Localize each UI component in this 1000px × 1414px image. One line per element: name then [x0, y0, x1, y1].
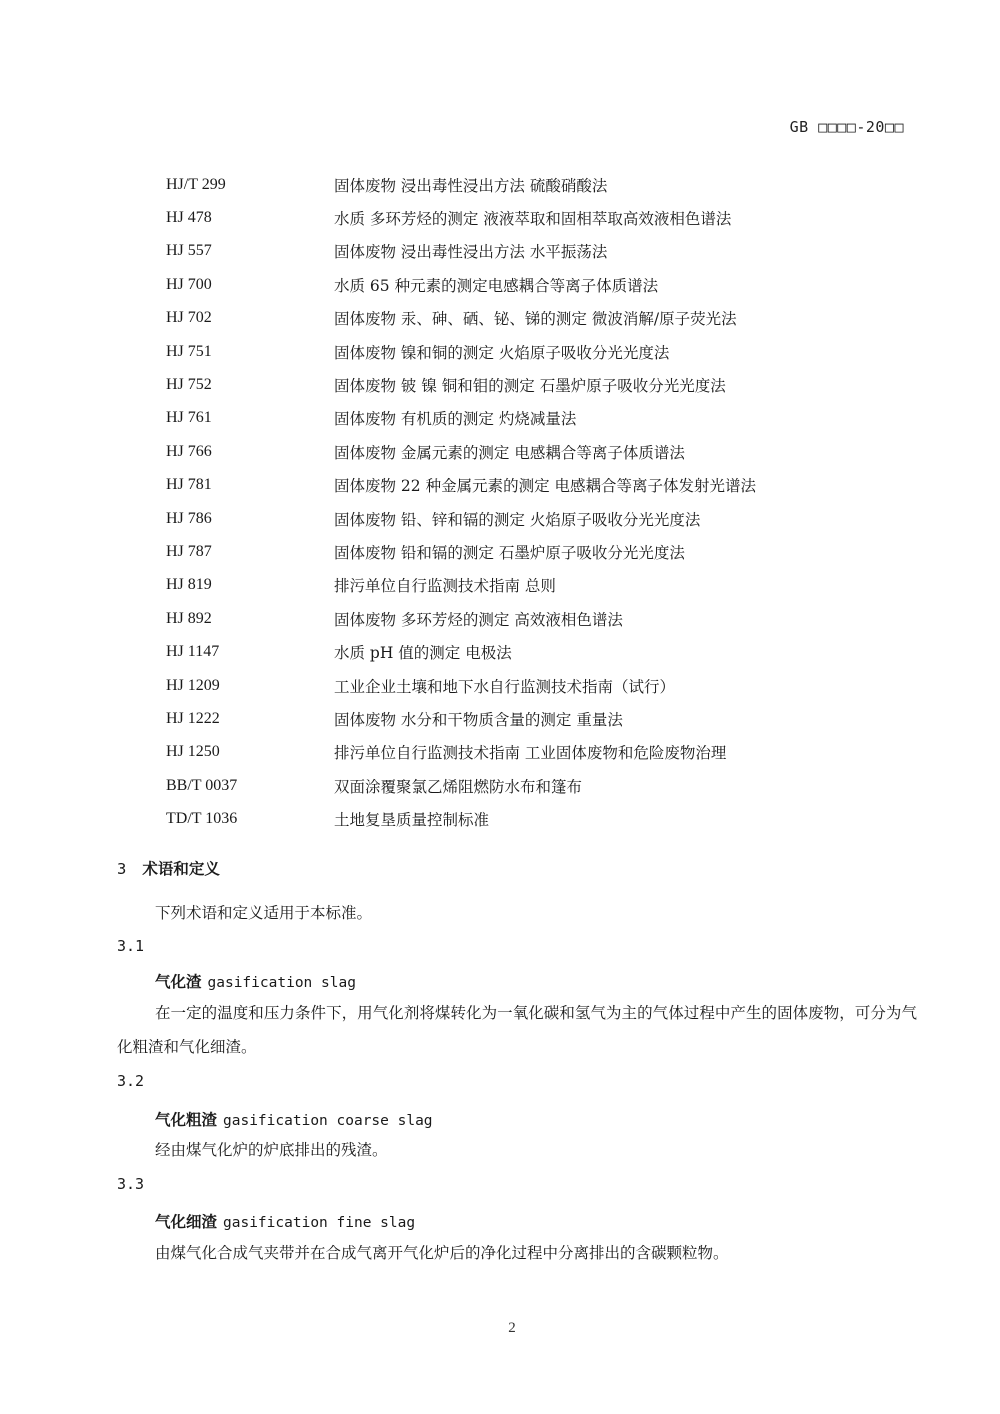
reference-code: HJ 752 [166, 376, 334, 394]
term-number: 3.3 [117, 1175, 144, 1193]
reference-row: HJ 892固体废物 多环芳烃的测定 高效液相色谱法 [166, 602, 886, 635]
reference-row: HJ 702固体废物 汞、砷、硒、铋、锑的测定 微波消解/原子荧光法 [166, 302, 886, 335]
reference-title: 固体废物 有机质的测定 灼烧减量法 [334, 407, 576, 429]
section-heading: 3术语和定义 [117, 857, 220, 879]
reference-title: 固体废物 铅和镉的测定 石墨炉原子吸收分光光度法 [334, 541, 685, 563]
reference-row: TD/T 1036土地复垦质量控制标准 [166, 802, 886, 835]
standard-code-header: GB □□□□-20□□ [790, 118, 904, 136]
term-name-zh: 气化粗渣 [155, 1111, 217, 1129]
reference-row: HJ 1209工业企业土壤和地下水自行监测技术指南（试行） [166, 669, 886, 702]
reference-code: TD/T 1036 [166, 810, 334, 828]
reference-title: 固体废物 镍和铜的测定 火焰原子吸收分光光度法 [334, 341, 669, 363]
reference-title: 固体废物 铅、锌和镉的测定 火焰原子吸收分光光度法 [334, 508, 700, 530]
reference-title: 双面涂覆聚氯乙烯阻燃防水布和篷布 [334, 775, 582, 797]
reference-title: 固体废物 浸出毒性浸出方法 硫酸硝酸法 [334, 174, 607, 196]
reference-title: 固体废物 多环芳烃的测定 高效液相色谱法 [334, 608, 623, 630]
reference-title: 固体废物 汞、砷、硒、铋、锑的测定 微波消解/原子荧光法 [334, 307, 737, 329]
term-definition: 在一定的温度和压力条件下，用气化剂将煤转化为一氧化碳和氢气为主的气体过程中产生的… [117, 996, 917, 1064]
reference-title: 水质 65 种元素的测定电感耦合等离子体质谱法 [334, 274, 658, 296]
reference-row: HJ 751固体废物 镍和铜的测定 火焰原子吸收分光光度法 [166, 335, 886, 368]
reference-code: HJ 1209 [166, 677, 334, 695]
reference-row: HJ 781固体废物 22 种金属元素的测定 电感耦合等离子体发射光谱法 [166, 469, 886, 502]
reference-code: HJ 761 [166, 409, 334, 427]
reference-row: HJ 1222固体废物 水分和干物质含量的测定 重量法 [166, 702, 886, 735]
reference-code: HJ 557 [166, 242, 334, 260]
reference-row: HJ 819排污单位自行监测技术指南 总则 [166, 569, 886, 602]
reference-row: BB/T 0037双面涂覆聚氯乙烯阻燃防水布和篷布 [166, 769, 886, 802]
reference-code: HJ 1250 [166, 743, 334, 761]
reference-code: HJ 1147 [166, 643, 334, 661]
term-name-en: gasification slag [208, 975, 356, 991]
term-number: 3.1 [117, 937, 144, 955]
reference-title: 固体废物 铍 镍 铜和钼的测定 石墨炉原子吸收分光光度法 [334, 374, 726, 396]
normative-references-list: HJ/T 299固体废物 浸出毒性浸出方法 硫酸硝酸法 HJ 478水质 多环芳… [166, 168, 886, 836]
section-title: 术语和定义 [142, 860, 220, 878]
term-name: 气化渣gasification slag [155, 970, 356, 992]
reference-code: BB/T 0037 [166, 777, 334, 795]
reference-title: 水质 pH 值的测定 电极法 [334, 641, 512, 663]
reference-code: HJ 1222 [166, 710, 334, 728]
reference-code: HJ 892 [166, 610, 334, 628]
reference-title: 固体废物 浸出毒性浸出方法 水平振荡法 [334, 240, 607, 262]
term-definition: 由煤气化合成气夹带并在合成气离开气化炉后的净化过程中分离排出的含碳颗粒物。 [117, 1236, 917, 1270]
reference-row: HJ 478水质 多环芳烃的测定 液液萃取和固相萃取高效液相色谱法 [166, 201, 886, 234]
reference-title: 固体废物 金属元素的测定 电感耦合等离子体质谱法 [334, 441, 685, 463]
page-number: 2 [0, 1320, 1000, 1337]
reference-row: HJ 787固体废物 铅和镉的测定 石墨炉原子吸收分光光度法 [166, 535, 886, 568]
reference-code: HJ 819 [166, 576, 334, 594]
term-number: 3.2 [117, 1072, 144, 1090]
reference-code: HJ 751 [166, 343, 334, 361]
reference-title: 固体废物 水分和干物质含量的测定 重量法 [334, 708, 623, 730]
reference-code: HJ 700 [166, 276, 334, 294]
reference-code: HJ 702 [166, 309, 334, 327]
reference-row: HJ 752固体废物 铍 镍 铜和钼的测定 石墨炉原子吸收分光光度法 [166, 368, 886, 401]
reference-row: HJ 1250排污单位自行监测技术指南 工业固体废物和危险废物治理 [166, 736, 886, 769]
reference-row: HJ 761固体废物 有机质的测定 灼烧减量法 [166, 402, 886, 435]
reference-title: 排污单位自行监测技术指南 总则 [334, 574, 556, 596]
reference-code: HJ 478 [166, 209, 334, 227]
term-name: 气化细渣gasification fine slag [155, 1210, 415, 1232]
term-definition: 经由煤气化炉的炉底排出的残渣。 [117, 1133, 917, 1167]
reference-title: 固体废物 22 种金属元素的测定 电感耦合等离子体发射光谱法 [334, 474, 756, 496]
reference-row: HJ 786固体废物 铅、锌和镉的测定 火焰原子吸收分光光度法 [166, 502, 886, 535]
reference-title: 排污单位自行监测技术指南 工业固体废物和危险废物治理 [334, 741, 726, 763]
reference-title: 工业企业土壤和地下水自行监测技术指南（试行） [334, 675, 675, 697]
reference-code: HJ 766 [166, 443, 334, 461]
reference-row: HJ 700水质 65 种元素的测定电感耦合等离子体质谱法 [166, 268, 886, 301]
section-number: 3 [117, 860, 126, 878]
reference-code: HJ 781 [166, 476, 334, 494]
term-name-en: gasification coarse slag [223, 1113, 433, 1129]
reference-title: 水质 多环芳烃的测定 液液萃取和固相萃取高效液相色谱法 [334, 207, 731, 229]
term-name: 气化粗渣gasification coarse slag [155, 1108, 433, 1130]
term-name-zh: 气化细渣 [155, 1213, 217, 1231]
reference-row: HJ 766固体废物 金属元素的测定 电感耦合等离子体质谱法 [166, 435, 886, 468]
term-name-zh: 气化渣 [155, 973, 202, 991]
term-name-en: gasification fine slag [223, 1215, 415, 1231]
reference-title: 土地复垦质量控制标准 [334, 808, 489, 830]
section-intro: 下列术语和定义适用于本标准。 [155, 896, 372, 930]
reference-row: HJ/T 299固体废物 浸出毒性浸出方法 硫酸硝酸法 [166, 168, 886, 201]
reference-code: HJ 786 [166, 510, 334, 528]
reference-row: HJ 1147水质 pH 值的测定 电极法 [166, 635, 886, 668]
reference-code: HJ 787 [166, 543, 334, 561]
reference-code: HJ/T 299 [166, 176, 334, 194]
reference-row: HJ 557固体废物 浸出毒性浸出方法 水平振荡法 [166, 235, 886, 268]
